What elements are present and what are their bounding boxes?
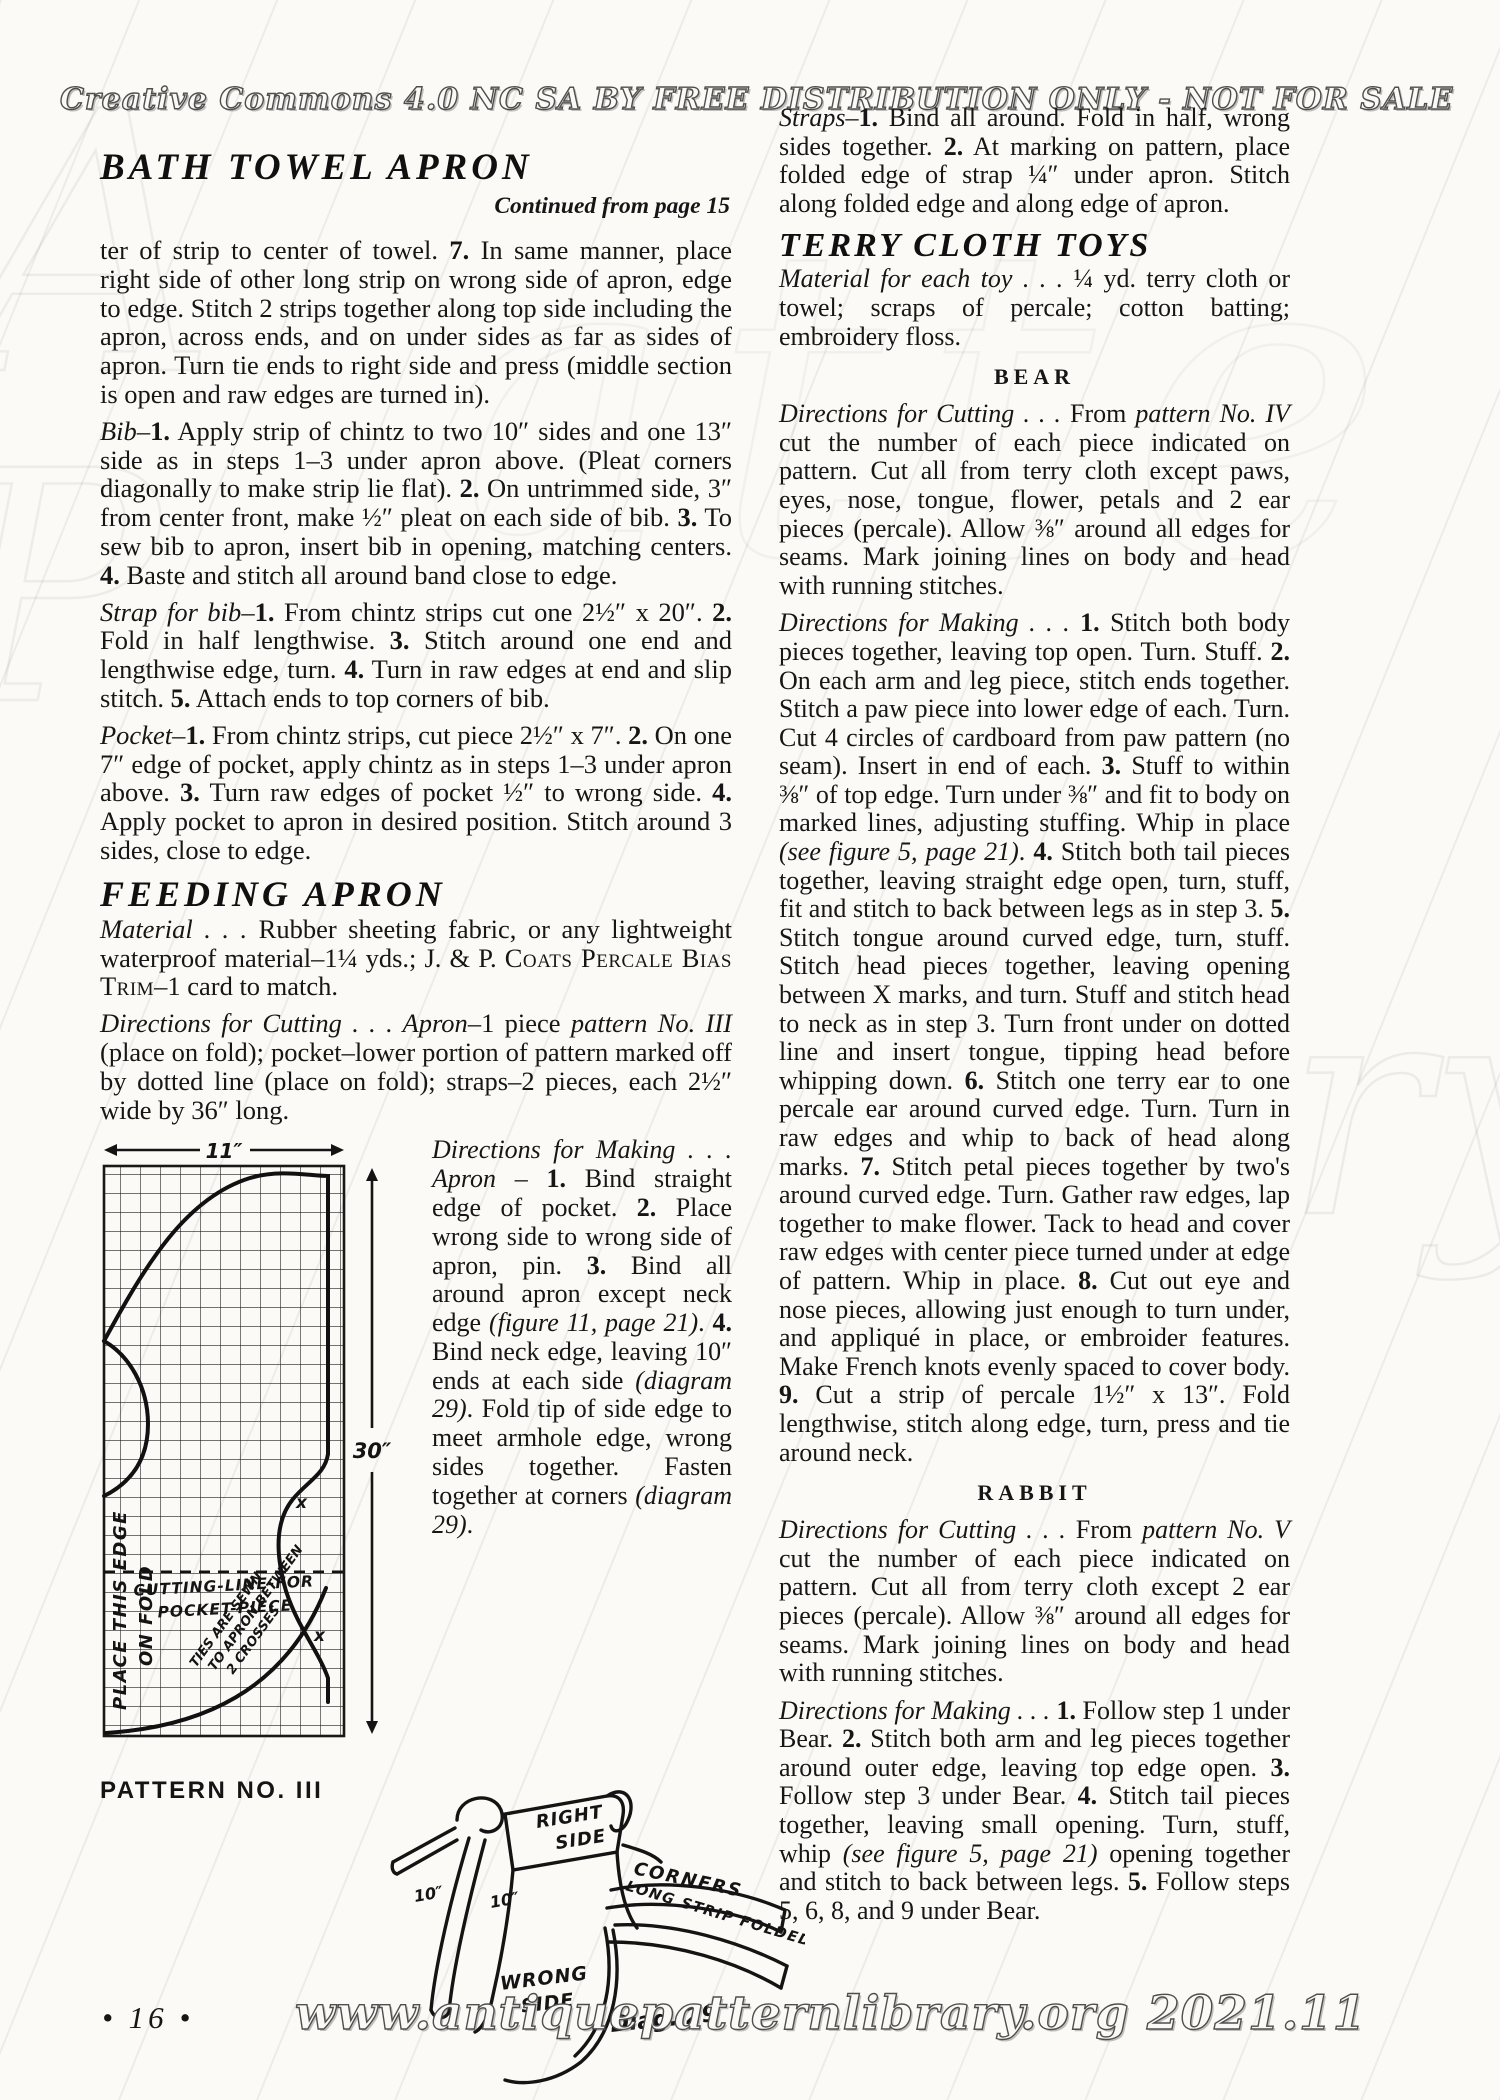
subsection-title-bear: BEAR (779, 364, 1290, 390)
pattern-no-3-diagram: 11″ 30″ (100, 1136, 400, 1761)
scanned-pattern-page: A P atte ry Creative Commons 4.0 NC SA B… (0, 0, 1500, 2100)
diagram-29: RIGHT SIDE CORNERS LONG STRIP FOLDED 10″… (385, 1770, 805, 2100)
paragraph-feeding-cutting: Directions for Cutting . . . Apron–1 pie… (100, 1009, 732, 1124)
section-title-terry-cloth-toys: TERRY CLOTH TOYS (779, 227, 1290, 265)
arrowhead-icon (331, 1144, 344, 1156)
svg-text:SIDE: SIDE (554, 1825, 608, 1854)
pattern-caption: PATTERN NO. III (100, 1777, 402, 1805)
fold-edge-label: PLACE THIS EDGE (110, 1510, 131, 1710)
arrowhead-icon (366, 1168, 378, 1181)
section-title-feeding-apron: FEEDING APRON (100, 873, 732, 915)
paragraph-feeding-material: Material . . . Rubber sheeting fabric, o… (100, 915, 732, 1001)
paragraph-bear-cutting: Directions for Cutting . . . From patter… (779, 400, 1290, 600)
page-number: • 16 • (102, 2000, 194, 2036)
making-directions-column: Directions for Making . . . Apron – 1. B… (432, 1136, 732, 1805)
paragraph-towel-step7: ter of strip to center of towel. 7. In s… (100, 236, 732, 409)
paragraph-rabbit-making: Directions for Making . . . 1. Follow st… (779, 1697, 1290, 1926)
paragraph-bib: Bib–1. Apply strip of chintz to two 10″ … (100, 417, 732, 590)
paragraph-pocket: Pocket–1. From chintz strips, cut piece … (100, 721, 732, 865)
ten-inch-label: 10″ (488, 1888, 521, 1912)
left-column: BATH TOWEL APRON Continued from page 15 … (100, 146, 732, 1805)
library-watermark: www.antiquepatternlibrary.org 2021.11 (295, 1986, 1366, 2041)
paragraph-straps: Straps–1. Bind all around. Fold in half,… (779, 104, 1290, 218)
paragraph-toys-material: Material for each toy . . . ¼ yd. terry … (779, 265, 1290, 351)
continued-from-note: Continued from page 15 (100, 193, 730, 220)
right-side-label: RIGHT SIDE (534, 1801, 609, 1856)
section-title-bath-towel-apron: BATH TOWEL APRON (100, 146, 732, 189)
cross-mark: x (313, 1626, 326, 1646)
side-dimension-label: 30″ (353, 1439, 392, 1463)
ten-inch-label: 10″ (412, 1882, 445, 1906)
arrowhead-icon (104, 1144, 117, 1156)
subsection-title-rabbit: RABBIT (779, 1480, 1290, 1506)
fold-edge-label: ON FOLD (136, 1565, 157, 1666)
pattern-no-3-figure: 11″ 30″ (100, 1136, 402, 1805)
diagram-and-text-row: 11″ 30″ (100, 1136, 732, 1805)
top-dimension-label: 11″ (206, 1139, 243, 1163)
arrowhead-icon (366, 1721, 378, 1734)
right-column: Straps–1. Bind all around. Fold in half,… (779, 104, 1290, 1934)
scan-ghost-letters: ry (1285, 960, 1500, 1260)
paragraph-strap-for-bib: Strap for bib–1. From chintz strips cut … (100, 598, 732, 713)
cross-mark: x (295, 1493, 308, 1513)
paragraph-rabbit-cutting: Directions for Cutting . . . From patter… (779, 1516, 1290, 1688)
paragraph-bear-making: Directions for Making . . . 1. Stitch bo… (779, 609, 1290, 1467)
paragraph-feeding-making: Directions for Making . . . Apron – 1. B… (432, 1136, 732, 1539)
